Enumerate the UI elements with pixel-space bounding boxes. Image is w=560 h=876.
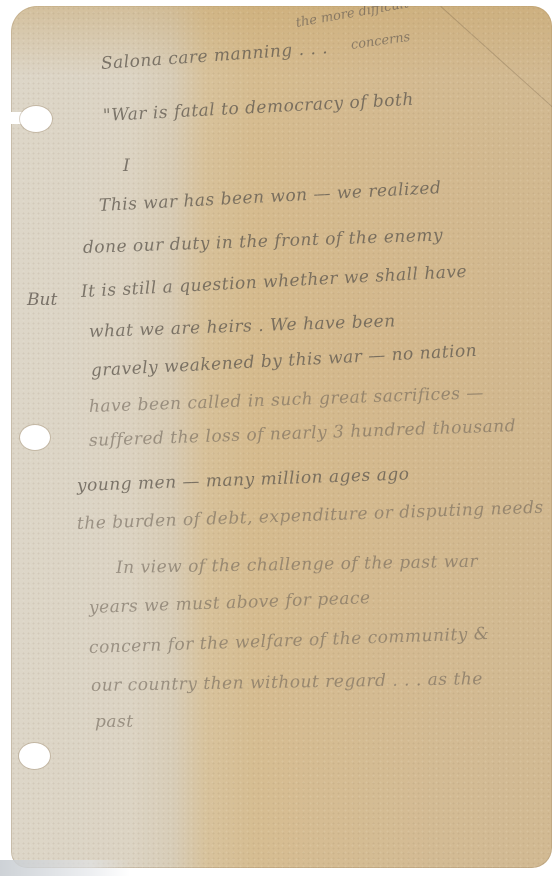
manuscript-line-1: Salona care manning . . . [100,38,328,74]
manuscript-line-17: past [95,712,134,732]
manuscript-line-8: gravely weakened by this war — no nation [90,341,477,381]
manuscript-line-4: This war has been won — we realized [98,178,441,216]
manuscript-line-5: done our duty in the front of the enemy [83,225,444,258]
manuscript-line-11: young men — many million ages ago [77,464,410,496]
binder-hole-top [20,106,52,132]
manuscript-line-13: In view of the challenge of the past war [116,552,478,578]
manuscript-line-16: our country then without regard . . . as… [91,669,483,696]
manuscript-line-7: what we are heirs . We have been [89,311,396,342]
manuscript-line-3: I [123,156,130,176]
top-annotation-line-2: concerns [350,30,411,53]
paper-crease [440,6,552,134]
manuscript-line-15: concern for the welfare of the community… [89,624,490,658]
manuscript-line-2: "War is fatal to democracy of both [102,90,414,126]
binder-hole-bottom [19,743,50,769]
margin-note: But [27,290,57,310]
top-annotation-line-1: the more difficult time . . . for the [295,6,515,31]
manuscript-line-12: the burden of debt, expenditure or dispu… [77,498,544,534]
manuscript-line-10: suffered the loss of nearly 3 hundred th… [89,416,517,451]
manuscript-page: the more difficult time . . . for the co… [11,6,552,868]
manuscript-line-6: It is still a question whether we shall … [80,262,467,302]
binder-hole-middle [20,425,50,450]
manuscript-line-14: years we must above for peace [89,588,371,618]
scan-edge-artifact [0,860,130,876]
manuscript-line-9: have been called in such great sacrifice… [89,383,485,417]
